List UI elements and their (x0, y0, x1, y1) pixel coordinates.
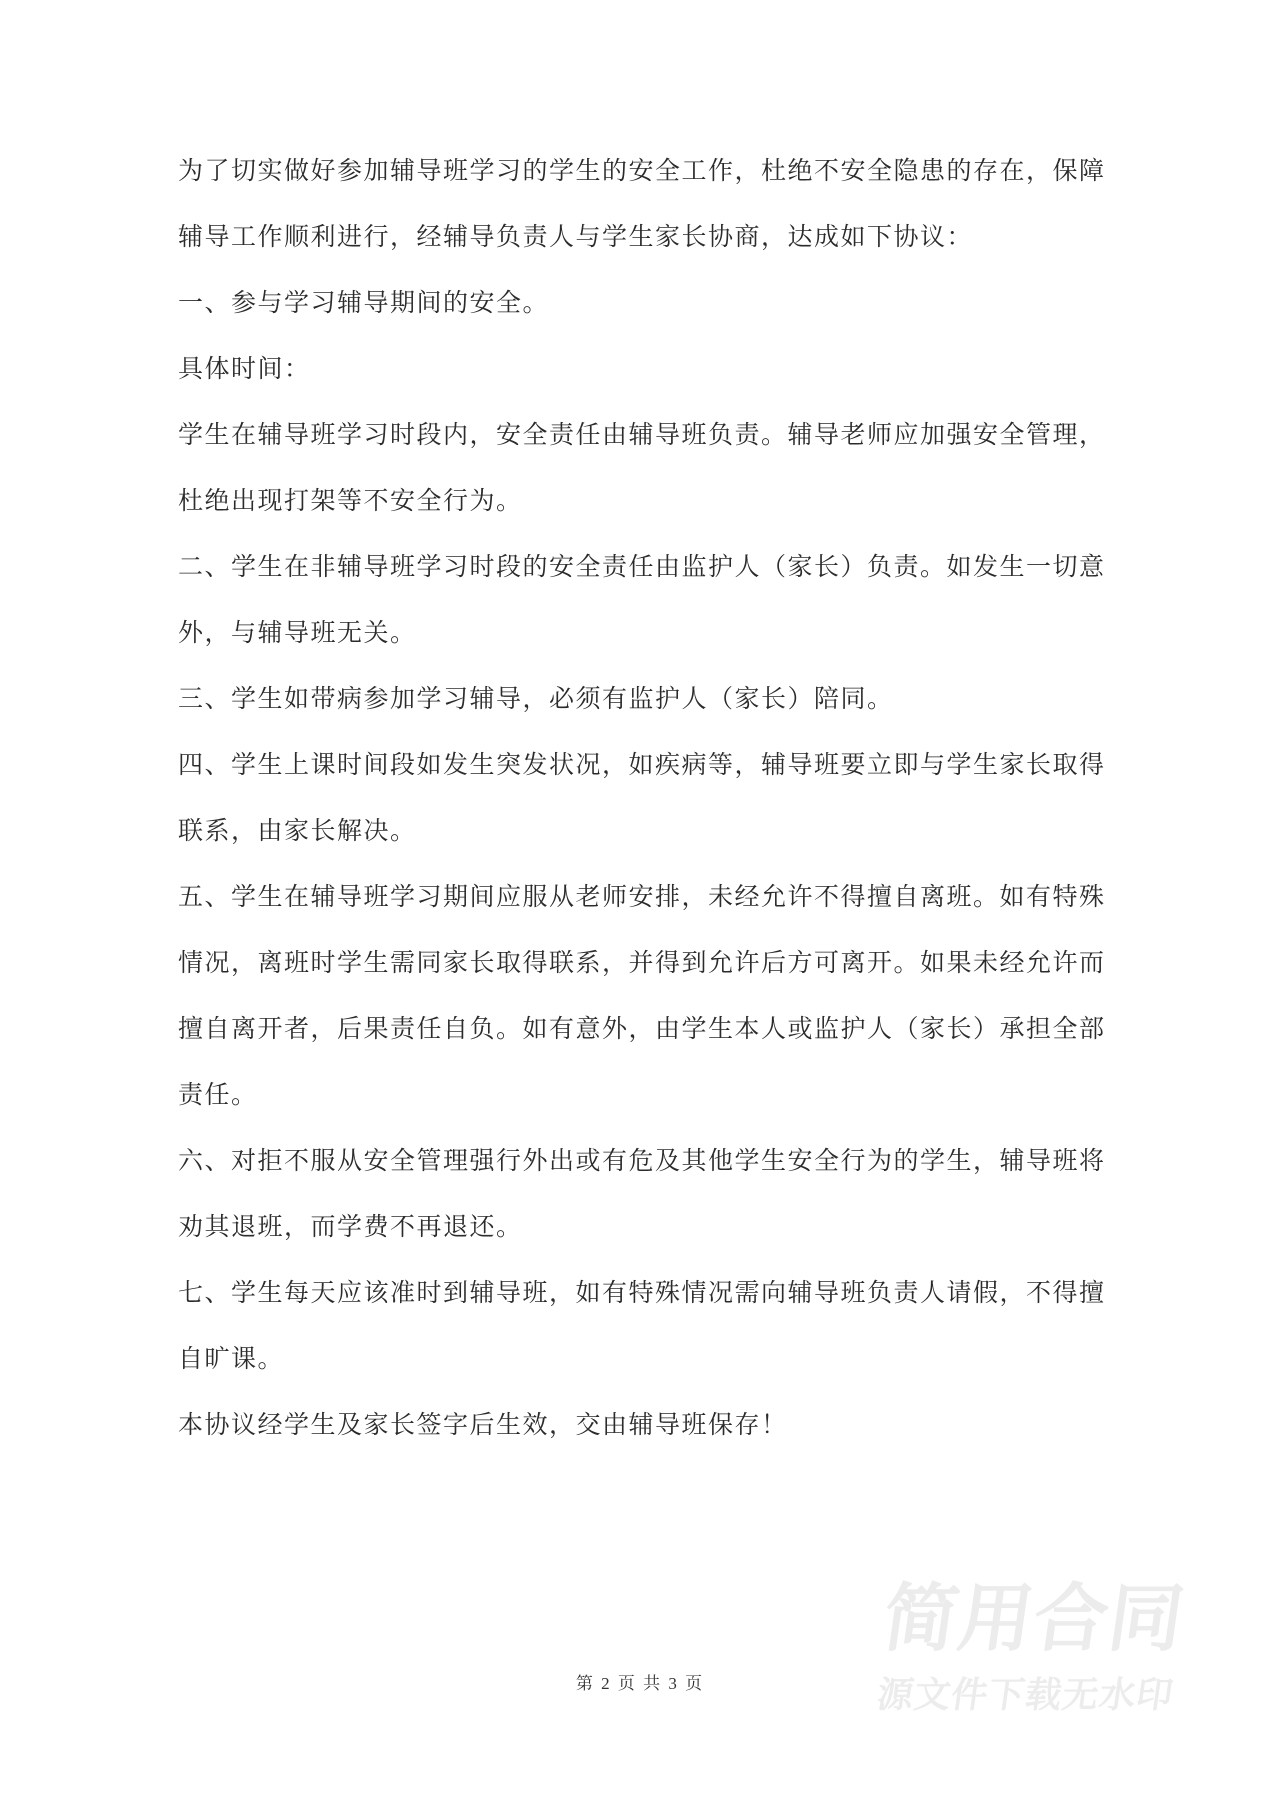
text-line: 七、学生每天应该准时到辅导班，如有特殊情况需向辅导班负责人请假，不得擅 (178, 1261, 1118, 1327)
watermark: 简用合同 源文件下载无水印 (871, 1582, 1190, 1714)
text-line: 情况，离班时学生需同家长取得联系，并得到允许后方可离开。如果未经允许而 (178, 931, 1118, 997)
text-line: 二、学生在非辅导班学习时段的安全责任由监护人（家长）负责。如发生一切意 (178, 535, 1118, 601)
text-line: 四、学生上课时间段如发生突发状况，如疾病等，辅导班要立即与学生家长取得 (178, 733, 1118, 799)
text-line: 六、对拒不服从安全管理强行外出或有危及其他学生安全行为的学生，辅导班将 (178, 1129, 1118, 1195)
text-line: 劝其退班，而学费不再退还。 (178, 1195, 1118, 1261)
text-line: 学生在辅导班学习时段内，安全责任由辅导班负责。辅导老师应加强安全管理， (178, 403, 1118, 469)
page-number: 第 2 页 共 3 页 (0, 1674, 1280, 1694)
watermark-title: 简用合同 (879, 1582, 1189, 1656)
text-line: 三、学生如带病参加学习辅导，必须有监护人（家长）陪同。 (178, 667, 1118, 733)
text-line: 辅导工作顺利进行，经辅导负责人与学生家长协商，达成如下协议： (178, 205, 1118, 271)
text-line: 为了切实做好参加辅导班学习的学生的安全工作，杜绝不安全隐患的存在，保障 (178, 139, 1118, 205)
text-line: 责任。 (178, 1063, 1118, 1129)
text-line: 具体时间： (178, 337, 1118, 403)
text-line: 联系，由家长解决。 (178, 799, 1118, 865)
text-line: 五、学生在辅导班学习期间应服从老师安排，未经允许不得擅自离班。如有特殊 (178, 865, 1118, 931)
text-line: 自旷课。 (178, 1327, 1118, 1393)
text-line: 本协议经学生及家长签字后生效，交由辅导班保存！ (178, 1393, 1118, 1459)
text-line: 一、参与学习辅导期间的安全。 (178, 271, 1118, 337)
document-body: 为了切实做好参加辅导班学习的学生的安全工作，杜绝不安全隐患的存在，保障辅导工作顺… (178, 139, 1118, 1459)
text-line: 擅自离开者，后果责任自负。如有意外，由学生本人或监护人（家长）承担全部 (178, 997, 1118, 1063)
text-line: 杜绝出现打架等不安全行为。 (178, 469, 1118, 535)
text-line: 外，与辅导班无关。 (178, 601, 1118, 667)
